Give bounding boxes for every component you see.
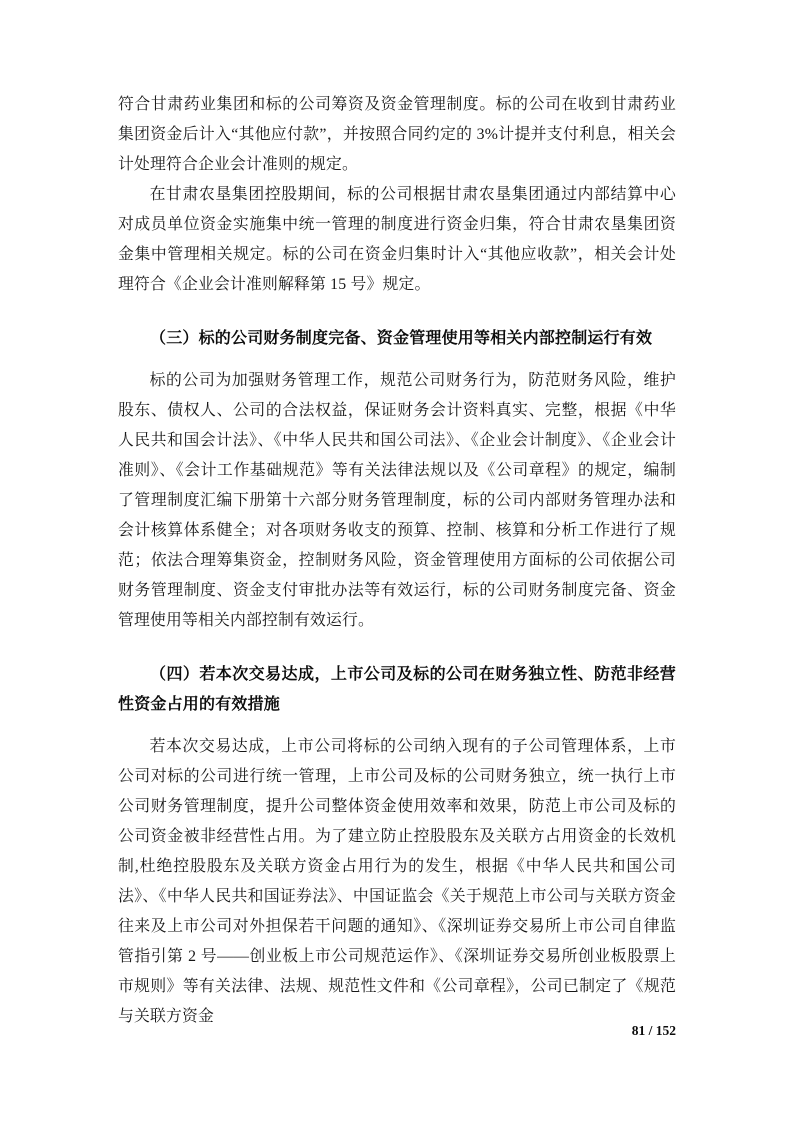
section-heading-3: （三）标的公司财务制度完备、资金管理使用等相关内部控制运行有效 xyxy=(118,324,676,354)
body-paragraph-4: 若本次交易达成，上市公司将标的公司纳入现有的子公司管理体系，上市公司对标的公司进… xyxy=(118,732,676,1032)
body-paragraph-1: 符合甘肃药业集团和标的公司筹资及资金管理制度。标的公司在收到甘肃药业集团资金后计… xyxy=(118,90,676,180)
page-body: 符合甘肃药业集团和标的公司筹资及资金管理制度。标的公司在收到甘肃药业集团资金后计… xyxy=(118,90,676,1032)
page-number: 81 / 152 xyxy=(632,1022,676,1040)
section-heading-4: （四）若本次交易达成，上市公司及标的公司在财务独立性、防范非经营性资金占用的有效… xyxy=(118,660,676,720)
body-paragraph-3: 标的公司为加强财务管理工作，规范公司财务行为，防范财务风险，维护股东、债权人、公… xyxy=(118,366,676,636)
body-paragraph-2: 在甘肃农垦集团控股期间，标的公司根据甘肃农垦集团通过内部结算中心对成员单位资金实… xyxy=(118,180,676,300)
document-page: 符合甘肃药业集团和标的公司筹资及资金管理制度。标的公司在收到甘肃药业集团资金后计… xyxy=(0,0,793,1122)
